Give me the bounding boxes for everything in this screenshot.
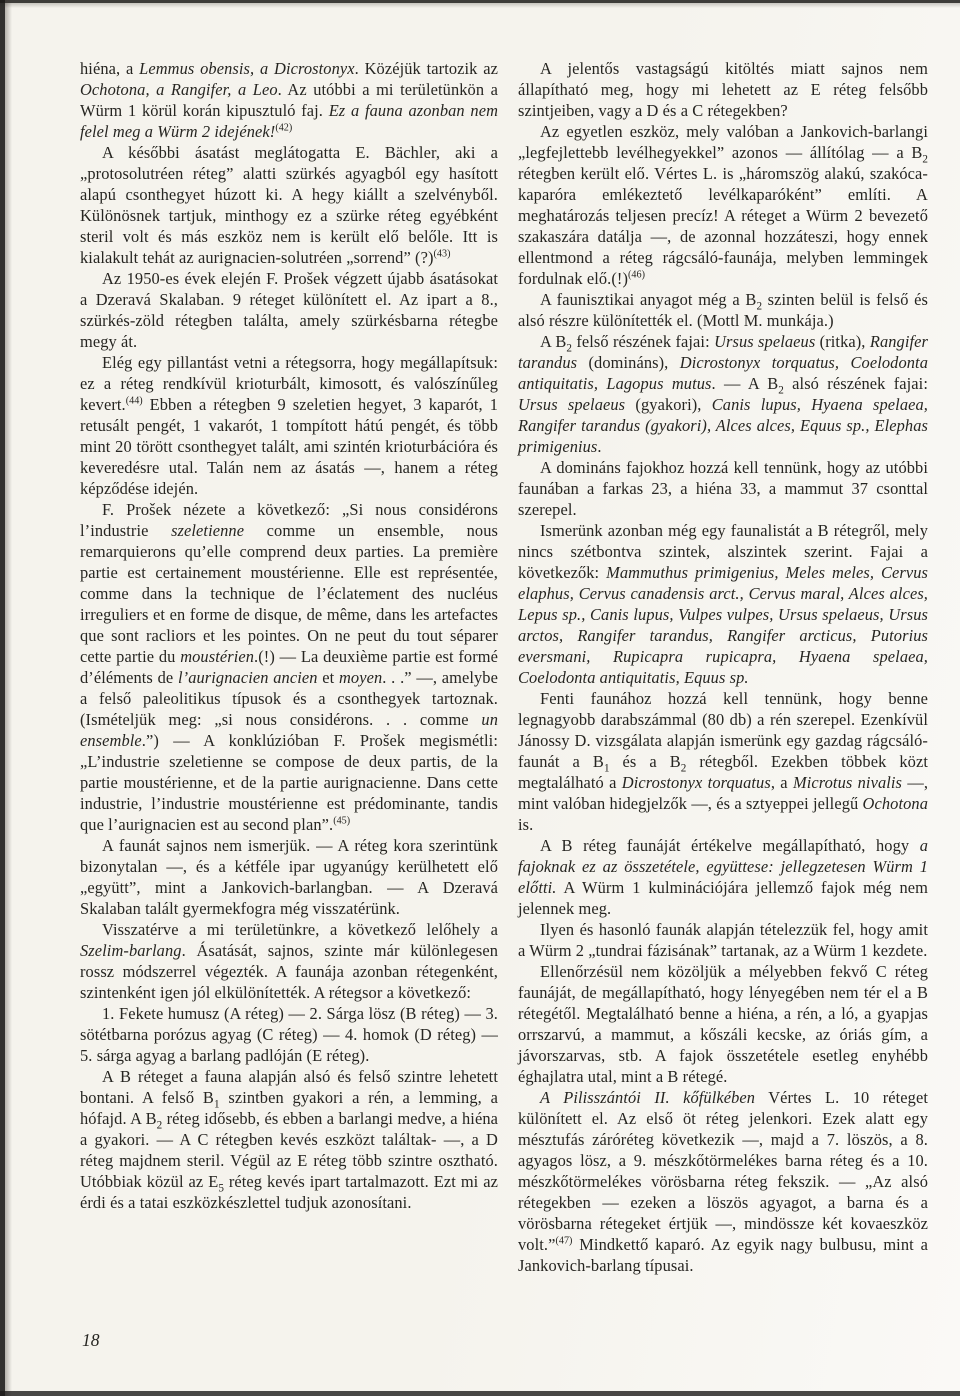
- subscript-index: 2: [756, 300, 762, 312]
- italic-text: Ursus spelaeus: [714, 332, 815, 351]
- italic-text: Ochotona: [863, 794, 928, 813]
- italic-text: A Pilisszántói II. kőfülkében: [540, 1088, 755, 1107]
- paragraph: Visszatérve a mi területünkre, a követke…: [80, 919, 498, 1003]
- footnote-reference: (47): [555, 1236, 572, 1247]
- paragraph: A domináns fajokhoz hozzá kell tennünk, …: [518, 457, 928, 520]
- paragraph: A későbbi ásatást meglátogatta E. Bächle…: [80, 142, 498, 268]
- italic-text: moyen: [339, 668, 382, 687]
- scan-edge-bottom: [0, 1391, 960, 1396]
- paragraph: A B2 felső részének fajai: Ursus spelaeu…: [518, 331, 928, 457]
- italic-text: un ensemble: [80, 710, 498, 750]
- column-right: A jelentős vastagságú kitöltés miatt saj…: [518, 58, 928, 1276]
- italic-text: szeletienne: [171, 521, 244, 540]
- paragraph: Ilyen és hasonló faunák alapján tételezz…: [518, 919, 928, 961]
- italic-text: Ursus spelaeus: [518, 395, 625, 414]
- scanned-book-page: hiéna, a Lemmus obensis, a Dicrostonyx. …: [0, 0, 960, 1396]
- subscript-index: 5: [218, 1182, 224, 1194]
- footnote-reference: (45): [333, 816, 350, 827]
- footnote-reference: (42): [275, 123, 292, 134]
- italic-text: Ochotona, a Rangifer, a Leo: [80, 80, 278, 99]
- italic-text: Lemmus obensis, a Dicrostonyx: [139, 59, 355, 78]
- italic-text: Microtus nivalis: [793, 773, 902, 792]
- scan-edge-top-shadow: [0, 3, 960, 8]
- subscript-index: 2: [922, 153, 928, 165]
- paragraph: A B réteg faunáját értékelve megállapíth…: [518, 835, 928, 919]
- paragraph: A Pilisszántói II. kőfülkében Vértes L. …: [518, 1087, 928, 1276]
- italic-text: Dicrostonyx torquatus: [622, 773, 771, 792]
- paragraph: A faunisztikai anyagot még a B2 szinten …: [518, 289, 928, 331]
- paragraph: Az egyetlen eszköz, mely valóban a Janko…: [518, 121, 928, 289]
- footnote-reference: (43): [434, 249, 451, 260]
- italic-text: Szelim-barlang: [80, 941, 182, 960]
- scan-edge-left-shadow: [5, 0, 12, 1396]
- paragraph: Elég egy pillantást vetni a rétegsorra, …: [80, 352, 498, 499]
- paragraph: Ismerünk azonban még egy faunalistát a B…: [518, 520, 928, 688]
- paragraph: A B réteget a fauna alapján alsó és fels…: [80, 1066, 498, 1213]
- italic-text: Dicrostonyx torquatus, Coelodonta antiqu…: [518, 353, 928, 393]
- subscript-index: 1: [214, 1098, 220, 1110]
- paragraph: Fenti faunához hozzá kell tennünk, hogy …: [518, 688, 928, 835]
- column-left: hiéna, a Lemmus obensis, a Dicrostonyx. …: [80, 58, 498, 1213]
- subscript-index: 1: [604, 762, 610, 774]
- italic-text: l’aurignacien ancien: [178, 668, 318, 687]
- italic-text: a fajoknak ez az összetétele, együttese:…: [518, 836, 928, 897]
- italic-text: moustérien: [180, 647, 254, 666]
- subscript-index: 2: [157, 1119, 163, 1131]
- paragraph: A faunát sajnos nem ismerjük. — A réteg …: [80, 835, 498, 919]
- italic-text: Mammuthus primigenius, Meles meles, Cerv…: [518, 563, 928, 687]
- paragraph: A jelentős vastagságú kitöltés miatt saj…: [518, 58, 928, 121]
- page-number: 18: [82, 1330, 100, 1351]
- paragraph: hiéna, a Lemmus obensis, a Dicrostonyx. …: [80, 58, 498, 142]
- italic-text: Ez a fauna azonban nem felel meg a Würm …: [80, 101, 498, 141]
- paragraph: 1. Fekete humusz (A réteg) — 2. Sárga lö…: [80, 1003, 498, 1066]
- paragraph: F. Prošek nézete a következő: „Si nous c…: [80, 499, 498, 835]
- footnote-reference: (44): [126, 396, 143, 407]
- paragraph: Ellenőrzésül nem közöljük a mélyebben fe…: [518, 961, 928, 1087]
- footnote-reference: (46): [628, 270, 645, 281]
- paragraph: Az 1950-es évek elején F. Prošek végzett…: [80, 268, 498, 352]
